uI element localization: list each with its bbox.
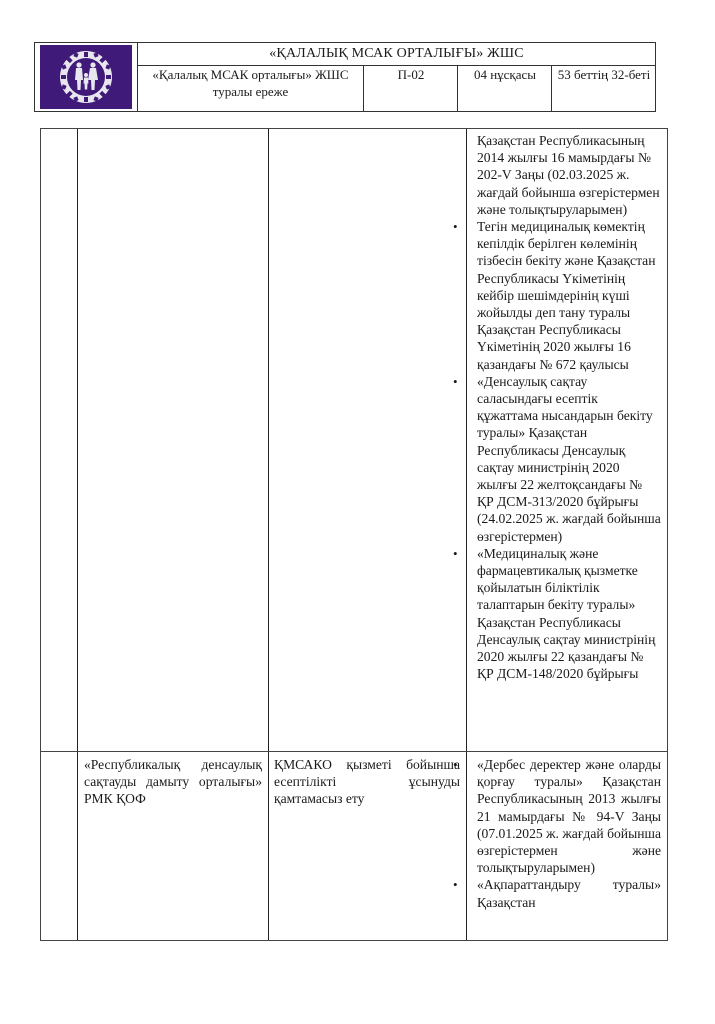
- document-reference: «Медициналық және фармацевтикалық қызмет…: [477, 546, 655, 681]
- continuation-text: Қазақстан Республикасының 2014 жылғы 16 …: [469, 132, 661, 218]
- logo-cell: [35, 43, 138, 111]
- row-divider: [41, 751, 667, 752]
- document-reference: Тегін медициналық көмектің кепілдік бері…: [477, 219, 655, 372]
- bullet-icon: •: [453, 373, 458, 390]
- logo: [40, 45, 132, 109]
- list-item: • «Ақпараттандыру туралы» Қазақстан: [469, 876, 661, 910]
- column-divider: [268, 129, 269, 940]
- document-header: «ҚАЛАЛЫҚ МСАК ОРТАЛЫҒЫ» ЖШС «Қалалық МСА…: [34, 42, 656, 112]
- bullet-icon: •: [453, 218, 458, 235]
- list-item: • «Медициналық және фармацевтикалық қызм…: [469, 545, 661, 683]
- bullet-icon: •: [453, 876, 458, 893]
- family-logo-icon: [57, 48, 115, 106]
- documents-cell: • «Дербес деректер және оларды қорғау ту…: [469, 756, 661, 911]
- bullet-icon: •: [453, 756, 458, 773]
- column-divider: [466, 129, 467, 940]
- bullet-icon: •: [453, 545, 458, 562]
- document-code: П-02: [365, 66, 458, 111]
- document-reference: «Денсаулық сақтау саласындағы есептік құ…: [477, 374, 661, 544]
- documents-cell: Қазақстан Республикасының 2014 жылғы 16 …: [469, 132, 661, 683]
- document-reference: «Ақпараттандыру туралы» Қазақстан: [477, 877, 661, 909]
- column-divider: [77, 129, 78, 940]
- list-item: • «Дербес деректер және оларды қорғау ту…: [469, 756, 661, 876]
- document-version: 04 нұсқасы: [459, 66, 552, 111]
- document-name: «Қалалық МСАК орталығы» ЖШС туралы ереже: [138, 66, 364, 111]
- org-title: «ҚАЛАЛЫҚ МСАК ОРТАЛЫҒЫ» ЖШС: [138, 43, 655, 66]
- document-reference: «Дербес деректер және оларды қорғау тура…: [477, 757, 661, 875]
- organization-cell: «Республикалық денсаулық сақтауды дамыту…: [84, 756, 262, 808]
- page-info: 53 беттің 32-беті: [553, 66, 655, 111]
- function-cell: ҚМСАКО қызметі бойынша есептілікті ұсыну…: [274, 756, 460, 808]
- list-item: • «Денсаулық сақтау саласындағы есептік …: [469, 373, 661, 545]
- list-item: • Тегін медициналық көмектің кепілдік бе…: [469, 218, 661, 373]
- regulation-table: Қазақстан Республикасының 2014 жылғы 16 …: [40, 128, 668, 941]
